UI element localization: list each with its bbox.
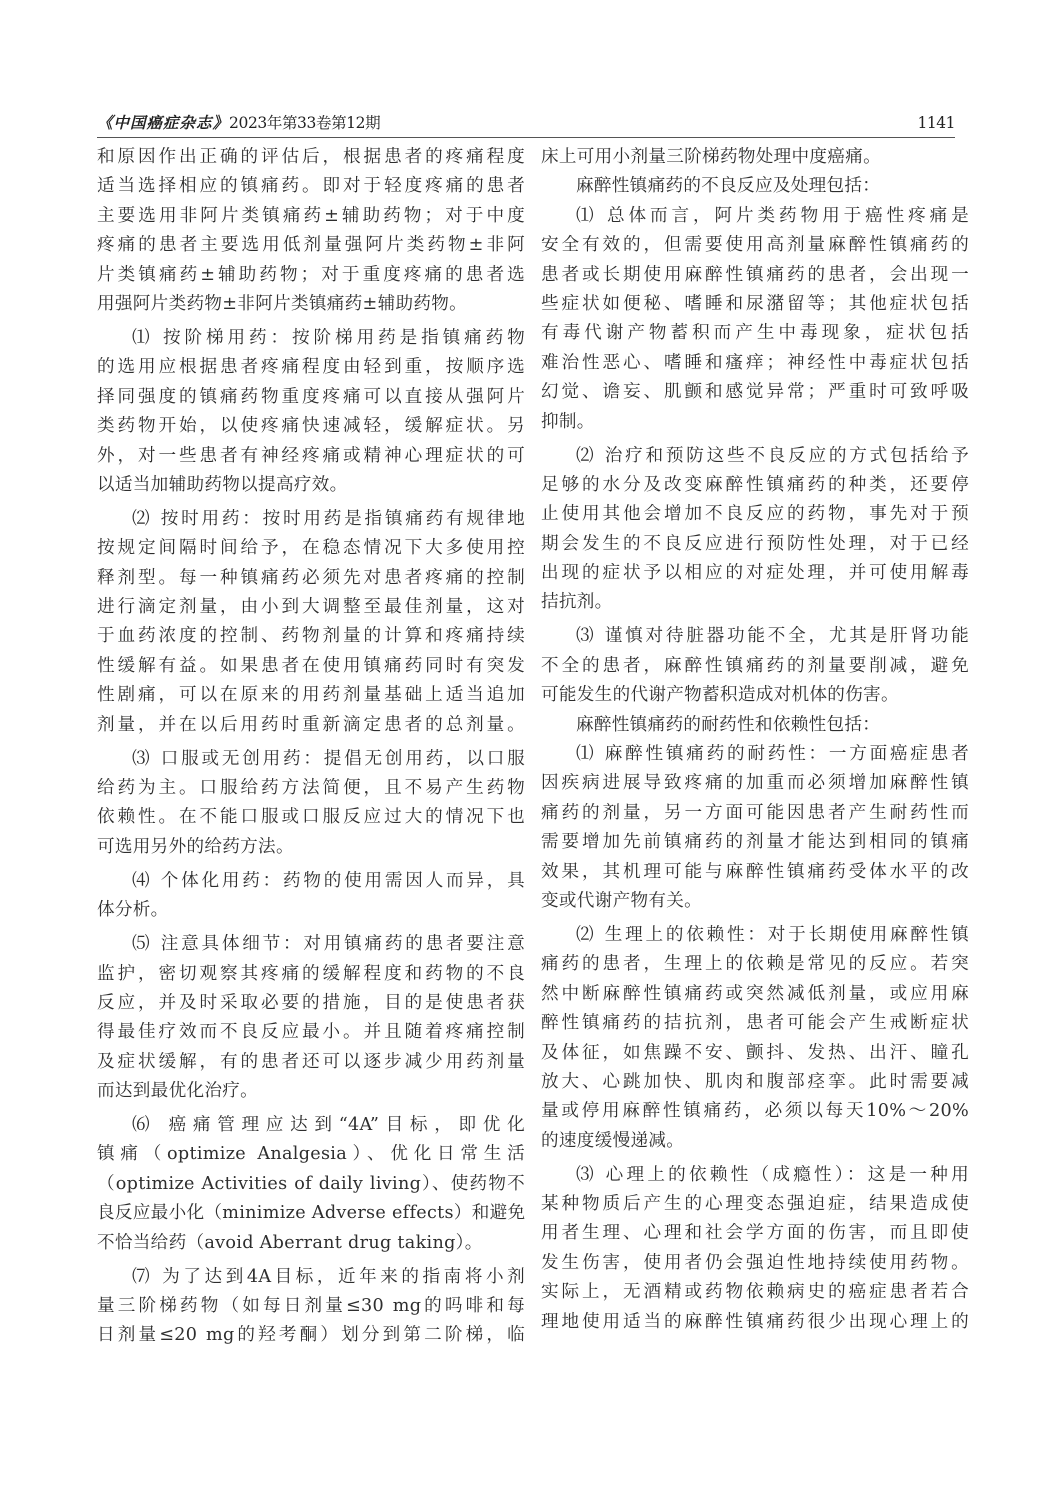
text-line: 依赖性。在不能口服或口服反应过大的情况下也 <box>97 803 525 832</box>
text-line: ⑴ 总体而言，阿片类药物用于癌性疼痛是 <box>541 202 969 231</box>
text-line: 痛药的剂量，另一方面可能因患者产生耐药性而 <box>541 799 969 828</box>
running-header: 《中国癌症杂志》2023年第33卷第12期 1141 <box>97 110 955 136</box>
text-line: 不恰当给药（avoid Aberrant drug taking）。 <box>97 1229 525 1258</box>
text-line: 安全有效的，但需要使用高剂量麻醉性镇痛药的 <box>541 231 969 260</box>
text-line: 幻觉、谵妄、肌颤和感觉异常；严重时可致呼吸 <box>541 378 969 407</box>
text-line: 而达到最优化治疗。 <box>97 1077 525 1106</box>
text-line: 拮抗剂。 <box>541 588 969 617</box>
paragraph-adverse-2: ⑵ 治疗和预防这些不良反应的方式包括给予 足够的水分及改变麻醉性镇痛药的种类，还… <box>541 442 969 618</box>
text-line: 可选用另外的给药方法。 <box>97 833 525 862</box>
text-line: 实际上，无酒精或药物依赖病史的癌症患者若合 <box>541 1278 969 1307</box>
text-line: 然中断麻醉性镇痛药或突然减低剂量，或应用麻 <box>541 980 969 1009</box>
paragraph-item-5-details: ⑸ 注意具体细节：对用镇痛药的患者要注意 监护，密切观察其疼痛的缓解程度和药物的… <box>97 930 525 1106</box>
text-line: 及症状缓解，有的患者还可以逐步减少用药剂量 <box>97 1048 525 1077</box>
text-line: 进行滴定剂量，由小到大调整至最佳剂量，这对 <box>97 593 525 622</box>
text-line: 出现的症状予以相应的对症处理，并可使用解毒 <box>541 559 969 588</box>
text-line: 用者生理、心理和社会学方面的伤害，而且即使 <box>541 1219 969 1248</box>
text-line: 以适当加辅助药物以提高疗效。 <box>97 471 525 500</box>
text-line: ⑶ 心理上的依赖性（成瘾性）：这是一种用 <box>541 1161 969 1190</box>
journal-issue: 2023年第33卷第12期 <box>229 114 380 132</box>
paragraph-adverse-3: ⑶ 谨慎对待脏器功能不全，尤其是肝肾功能 不全的患者，麻醉性镇痛药的剂量要削减，… <box>541 622 969 710</box>
section-lead-line: 麻醉性镇痛药的耐药性和依赖性包括： <box>541 711 969 740</box>
text-line: 性剧痛，可以在原来的用药剂量基础上适当追加 <box>97 681 525 710</box>
text-line: 患者或长期使用麻醉性镇痛药的患者，会出现一 <box>541 261 969 290</box>
paragraph-tolerance-2: ⑵ 生理上的依赖性：对于长期使用麻醉性镇 痛药的患者，生理上的依赖是常见的反应。… <box>541 921 969 1156</box>
text-line: 疼痛的患者主要选用低剂量强阿片类药物±非阿 <box>97 231 525 260</box>
right-column: 床上可用小剂量三阶梯药物处理中度癌痛。 麻醉性镇痛药的不良反应及处理包括： ⑴ … <box>541 143 969 1337</box>
text-line: ⑵ 生理上的依赖性：对于长期使用麻醉性镇 <box>541 921 969 950</box>
paragraph-adverse-heading: 麻醉性镇痛药的不良反应及处理包括： <box>541 172 969 201</box>
text-line: ⑵ 治疗和预防这些不良反应的方式包括给予 <box>541 442 969 471</box>
text-line: 片类镇痛药±辅助药物；对于重度疼痛的患者选 <box>97 261 525 290</box>
paragraph-item-1-ladder: ⑴ 按阶梯用药：按阶梯用药是指镇痛药物 的选用应根据患者疼痛程度由轻到重，按顺序… <box>97 324 525 500</box>
paragraph-tolerance-1: ⑴ 麻醉性镇痛药的耐药性：一方面癌症患者 因疾病进展导致疼痛的加重而必须增加麻醉… <box>541 740 969 916</box>
paragraph-item-7-continued: 床上可用小剂量三阶梯药物处理中度癌痛。 <box>541 143 969 172</box>
text-line: 按规定间隔时间给予，在稳态情况下大多使用控 <box>97 534 525 563</box>
left-column: 和原因作出正确的评估后，根据患者的疼痛程度 适当选择相应的镇痛药。即对于轻度疼痛… <box>97 143 525 1351</box>
text-line: 可能发生的代谢产物蓄积造成对机体的伤害。 <box>541 681 969 710</box>
text-line: ⑸ 注意具体细节：对用镇痛药的患者要注意 <box>97 930 525 959</box>
paragraph-item-6-4a: ⑹ 癌痛管理应达到“4A”目标，即优化 镇痛（optimize Analgesi… <box>97 1111 525 1258</box>
paragraph-tolerance-3: ⑶ 心理上的依赖性（成瘾性）：这是一种用 某种物质后产生的心理变态强迫症，结果造… <box>541 1161 969 1337</box>
text-line: ⑴ 按阶梯用药：按阶梯用药是指镇痛药物 <box>97 324 525 353</box>
text-line: 需要增加先前镇痛药的剂量才能达到相同的镇痛 <box>541 828 969 857</box>
paragraph-item-3-oral: ⑶ 口服或无创用药：提倡无创用药，以口服 给药为主。口服给药方法简便，且不易产生… <box>97 745 525 863</box>
header-divider <box>97 137 955 138</box>
text-line: 不全的患者，麻醉性镇痛药的剂量要削减，避免 <box>541 652 969 681</box>
text-line: 镇痛（optimize Analgesia）、优化日常生活 <box>97 1140 525 1169</box>
text-line: 释剂型。每一种镇痛药必须先对患者疼痛的控制 <box>97 564 525 593</box>
text-line: 日剂量≤20 mg的羟考酮）划分到第二阶梯，临 <box>97 1321 525 1350</box>
text-line: 效果，其机理可能与麻醉性镇痛药受体水平的改 <box>541 858 969 887</box>
text-line: 适当选择相应的镇痛药。即对于轻度疼痛的患者 <box>97 172 525 201</box>
text-line: 变或代谢产物有关。 <box>541 887 969 916</box>
text-line: 痛药的患者，生理上的依赖是常见的反应。若突 <box>541 950 969 979</box>
text-line: 醉性镇痛药的拮抗剂，患者可能会产生戒断症状 <box>541 1009 969 1038</box>
paragraph-intro-continued: 和原因作出正确的评估后，根据患者的疼痛程度 适当选择相应的镇痛药。即对于轻度疼痛… <box>97 143 525 319</box>
paragraph-item-4-individual: ⑷ 个体化用药：药物的使用需因人而异，具 体分析。 <box>97 867 525 926</box>
text-line: 剂量，并在以后用药时重新滴定患者的总剂量。 <box>97 711 525 740</box>
text-line: 量或停用麻醉性镇痛药，必须以每天10%～20% <box>541 1097 969 1126</box>
text-line: 的选用应根据患者疼痛程度由轻到重，按顺序选 <box>97 353 525 382</box>
text-line: 因疾病进展导致疼痛的加重而必须增加麻醉性镇 <box>541 769 969 798</box>
journal-citation: 《中国癌症杂志》2023年第33卷第12期 <box>97 110 380 136</box>
paragraph-item-2-by-clock: ⑵ 按时用药：按时用药是指镇痛药有规律地 按规定间隔时间给予，在稳态情况下大多使… <box>97 505 525 740</box>
text-line: 些症状如便秘、嗜睡和尿潴留等；其他症状包括 <box>541 290 969 319</box>
text-line: 止使用其他会增加不良反应的药物，事先对于预 <box>541 500 969 529</box>
text-line: 监护，密切观察其疼痛的缓解程度和药物的不良 <box>97 960 525 989</box>
text-line: 放大、心跳加快、肌肉和腹部痉挛。此时需要减 <box>541 1068 969 1097</box>
text-line: 某种物质后产生的心理变态强迫症，结果造成使 <box>541 1190 969 1219</box>
page-number: 1141 <box>918 110 955 136</box>
paragraph-adverse-1: ⑴ 总体而言，阿片类药物用于癌性疼痛是 安全有效的，但需要使用高剂量麻醉性镇痛药… <box>541 202 969 437</box>
text-line: 床上可用小剂量三阶梯药物处理中度癌痛。 <box>541 143 969 172</box>
text-line: 理地使用适当的麻醉性镇痛药很少出现心理上的 <box>541 1308 969 1337</box>
text-line: 良反应最小化（minimize Adverse effects）和避免 <box>97 1199 525 1228</box>
text-line: 体分析。 <box>97 896 525 925</box>
section-lead-line: 麻醉性镇痛药的不良反应及处理包括： <box>541 172 969 201</box>
text-line: 和原因作出正确的评估后，根据患者的疼痛程度 <box>97 143 525 172</box>
text-line: 反应，并及时采取必要的措施，目的是使患者获 <box>97 989 525 1018</box>
paragraph-item-7-guidelines: ⑺ 为了达到4A目标，近年来的指南将小剂 量三阶梯药物（如每日剂量≤30 mg的… <box>97 1263 525 1351</box>
text-line: ⑴ 麻醉性镇痛药的耐药性：一方面癌症患者 <box>541 740 969 769</box>
text-line: ⑷ 个体化用药：药物的使用需因人而异，具 <box>97 867 525 896</box>
text-line: （optimize Activities of daily living）、使药… <box>97 1170 525 1199</box>
text-line: 用强阿片类药物±非阿片类镇痛药±辅助药物。 <box>97 290 525 319</box>
text-line: ⑶ 口服或无创用药：提倡无创用药，以口服 <box>97 745 525 774</box>
text-line: 性缓解有益。如果患者在使用镇痛药同时有突发 <box>97 652 525 681</box>
text-line: 于血药浓度的控制、药物剂量的计算和疼痛持续 <box>97 622 525 651</box>
text-line: 类药物开始，以使疼痛快速减轻，缓解症状。另 <box>97 412 525 441</box>
text-line: 得最佳疗效而不良反应最小。并且随着疼痛控制 <box>97 1018 525 1047</box>
text-line: 量三阶梯药物（如每日剂量≤30 mg的吗啡和每 <box>97 1292 525 1321</box>
text-line: 的速度缓慢递减。 <box>541 1127 969 1156</box>
text-line: ⑺ 为了达到4A目标，近年来的指南将小剂 <box>97 1263 525 1292</box>
text-line: 及体征，如焦躁不安、颤抖、发热、出汗、瞳孔 <box>541 1039 969 1068</box>
text-line: 择同强度的镇痛药物重度疼痛可以直接从强阿片 <box>97 383 525 412</box>
text-line: 发生伤害，使用者仍会强迫性地持续使用药物。 <box>541 1249 969 1278</box>
text-line: ⑹ 癌痛管理应达到“4A”目标，即优化 <box>97 1111 525 1140</box>
text-line: 主要选用非阿片类镇痛药±辅助药物；对于中度 <box>97 202 525 231</box>
text-line: 有毒代谢产物蓄积而产生中毒现象，症状包括 <box>541 319 969 348</box>
text-line: 足够的水分及改变麻醉性镇痛药的种类，还要停 <box>541 471 969 500</box>
text-line: 抑制。 <box>541 408 969 437</box>
text-line: 外，对一些患者有神经疼痛或精神心理症状的可 <box>97 442 525 471</box>
paragraph-tolerance-heading: 麻醉性镇痛药的耐药性和依赖性包括： <box>541 711 969 740</box>
text-line: ⑵ 按时用药：按时用药是指镇痛药有规律地 <box>97 505 525 534</box>
text-line: 期会发生的不良反应进行预防性处理，对于已经 <box>541 530 969 559</box>
text-line: 给药为主。口服给药方法简便，且不易产生药物 <box>97 774 525 803</box>
text-line: 难治性恶心、嗜睡和瘙痒；神经性中毒症状包括 <box>541 349 969 378</box>
text-line: ⑶ 谨慎对待脏器功能不全，尤其是肝肾功能 <box>541 622 969 651</box>
journal-name: 《中国癌症杂志》 <box>97 113 229 132</box>
